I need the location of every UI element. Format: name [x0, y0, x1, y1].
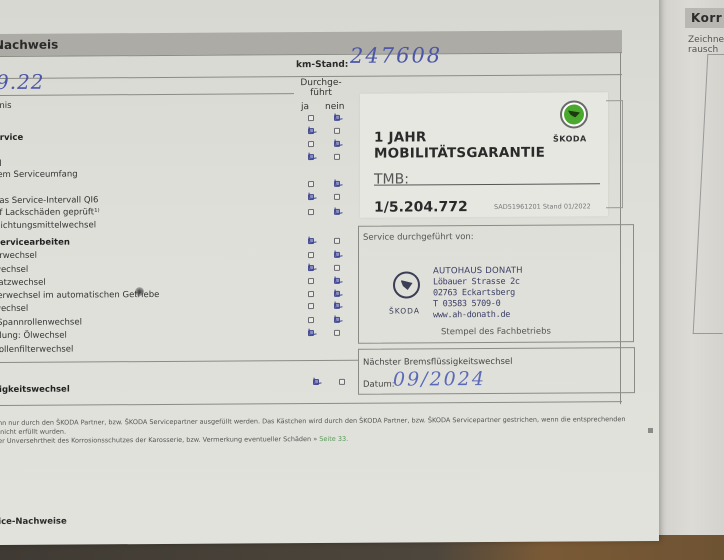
checklist-row-label: satzwechsel	[0, 278, 46, 288]
service-record-page: Nachweis km-Stand: 247608 9.22 Durchge- …	[0, 0, 659, 545]
no-checkbox[interactable]	[334, 181, 340, 187]
yes-checkbox[interactable]	[308, 265, 314, 271]
checklist-row-label: gnis	[0, 101, 12, 111]
yes-checkbox[interactable]	[308, 154, 314, 160]
no-checkbox[interactable]	[334, 252, 340, 258]
dealer-street: Löbauer Strasse 2c	[433, 277, 520, 288]
stamp-footer: Stempel des Fachbetriebs	[359, 326, 633, 338]
skoda-stamp-logo-icon	[393, 271, 420, 298]
dealer-city: 02763 Eckartsberg	[433, 288, 515, 299]
km-value: 247608	[350, 43, 442, 68]
footer-title: rice-Nachweise	[0, 517, 67, 527]
no-checkbox[interactable]	[334, 265, 340, 271]
checklist-row-label: el	[0, 159, 2, 169]
footnote-2: n nicht erfüllt wurden.	[0, 428, 66, 436]
sticker-title-line2: MOBILITÄTSGARANTIE	[374, 145, 545, 162]
checklist-row-label: plung: Ölwechsel	[0, 331, 67, 341]
checklist-row-label: erwechsel	[0, 251, 37, 261]
sticker-code: SAD51961201 Stand 01/2022	[494, 202, 591, 211]
dealer-name: AUTOHAUS DONATH	[433, 266, 523, 277]
yes-checkbox[interactable]	[308, 291, 314, 297]
sticker-bracket	[606, 100, 623, 208]
yes-checkbox[interactable]	[308, 128, 314, 134]
sticker-title-line1: 1 JAHR	[374, 129, 426, 145]
no-checkbox[interactable]	[334, 128, 340, 134]
yes-checkbox[interactable]	[308, 238, 314, 244]
checklist-row-label: Dichtungsmittelwechsel	[0, 220, 96, 231]
divider	[0, 401, 622, 406]
ink-smudge	[135, 287, 144, 296]
brake-date-value: 09/2024	[393, 368, 486, 391]
brake-fluid-yes-checkbox[interactable]	[313, 379, 319, 385]
no-checkbox[interactable]	[334, 278, 340, 284]
no-checkbox[interactable]	[334, 330, 340, 336]
checklist-row-label: wechsel	[0, 265, 28, 275]
yes-header: ja	[301, 102, 309, 112]
divider	[0, 360, 358, 363]
brake-fluid-no-checkbox[interactable]	[339, 379, 345, 385]
brake-fluid-row-label: sigkeitswechsel	[0, 385, 70, 395]
dealer-phone: T 03583 5709-0	[433, 299, 500, 309]
yes-checkbox[interactable]	[308, 194, 314, 200]
page-33-link[interactable]: Seite 33.	[319, 435, 348, 443]
checklist-row-label: wechsel	[0, 304, 28, 314]
yes-checkbox[interactable]	[308, 330, 314, 336]
km-label: km-Stand:	[296, 60, 348, 70]
dealer-stamp-box: Service durchgeführt von: ŠKODA AUTOHAUS…	[358, 224, 634, 344]
no-checkbox[interactable]	[334, 115, 340, 121]
yes-checkbox[interactable]	[308, 141, 314, 147]
next-brake-fluid-box: Nächster Bremsflüssigkeitswechsel Datum:…	[358, 347, 635, 395]
yes-checkbox[interactable]	[308, 317, 314, 323]
yes-checkbox[interactable]	[308, 115, 314, 121]
no-header: nein	[325, 102, 344, 112]
performed-header: Durchge- führt	[298, 78, 344, 98]
no-checkbox[interactable]	[334, 238, 340, 244]
yes-checkbox[interactable]	[308, 181, 314, 187]
yes-checkbox[interactable]	[308, 278, 314, 284]
no-checkbox[interactable]	[334, 317, 340, 323]
yes-checkbox[interactable]	[308, 303, 314, 309]
skoda-logo-icon	[560, 100, 588, 128]
no-checkbox[interactable]	[334, 154, 340, 160]
checklist-row-label: ervice	[0, 133, 23, 143]
checklist-row-label: Pollenfilterwechsel	[0, 345, 73, 355]
checklist-row-label: -Spannrollenwechsel	[0, 317, 82, 328]
brake-date-label: Datum:	[363, 380, 395, 390]
service-date: 9.22	[0, 70, 45, 94]
no-checkbox[interactable]	[334, 141, 340, 147]
no-checkbox[interactable]	[334, 194, 340, 200]
yes-checkbox[interactable]	[308, 252, 314, 258]
footnote-3: der Unversehrtheit des Korrosionsschutze…	[0, 435, 348, 445]
no-checkbox[interactable]	[334, 291, 340, 297]
page-marker	[648, 428, 653, 433]
dealer-website: www.ah-donath.de	[433, 310, 510, 320]
right-page-text-1: Zeichne	[688, 35, 724, 45]
yes-checkbox[interactable]	[308, 209, 314, 215]
page-title: Nachweis	[0, 38, 58, 52]
sticker-number: 1/5.204.772	[374, 199, 468, 216]
stamp-label: Service durchgeführt von:	[363, 232, 474, 243]
stamp-wordmark: ŠKODA	[389, 306, 420, 315]
checklist-row-label: uf Lackschäden geprüft¹⁾	[0, 207, 100, 218]
checklist-row-label: Servicearbeiten	[0, 238, 70, 248]
next-brake-fluid-label: Nächster Bremsflüssigkeitswechsel	[363, 357, 512, 368]
no-checkbox[interactable]	[334, 209, 340, 215]
mobility-guarantee-sticker: 1 JAHR MOBILITÄTSGARANTIE ŠKODA TMB: 1/5…	[360, 92, 608, 218]
tmb-field-line	[374, 183, 600, 185]
checklist-row-label: tem Serviceumfang	[0, 169, 78, 180]
no-checkbox[interactable]	[334, 303, 340, 309]
footnote-1: ann nur durch den ŠKODA Partner, bzw. ŠK…	[0, 415, 626, 427]
checklist-row-label: das Service-Intervall QI6	[0, 195, 98, 206]
right-page-header: Korr	[685, 8, 724, 28]
skoda-wordmark: ŠKODA	[553, 134, 587, 143]
